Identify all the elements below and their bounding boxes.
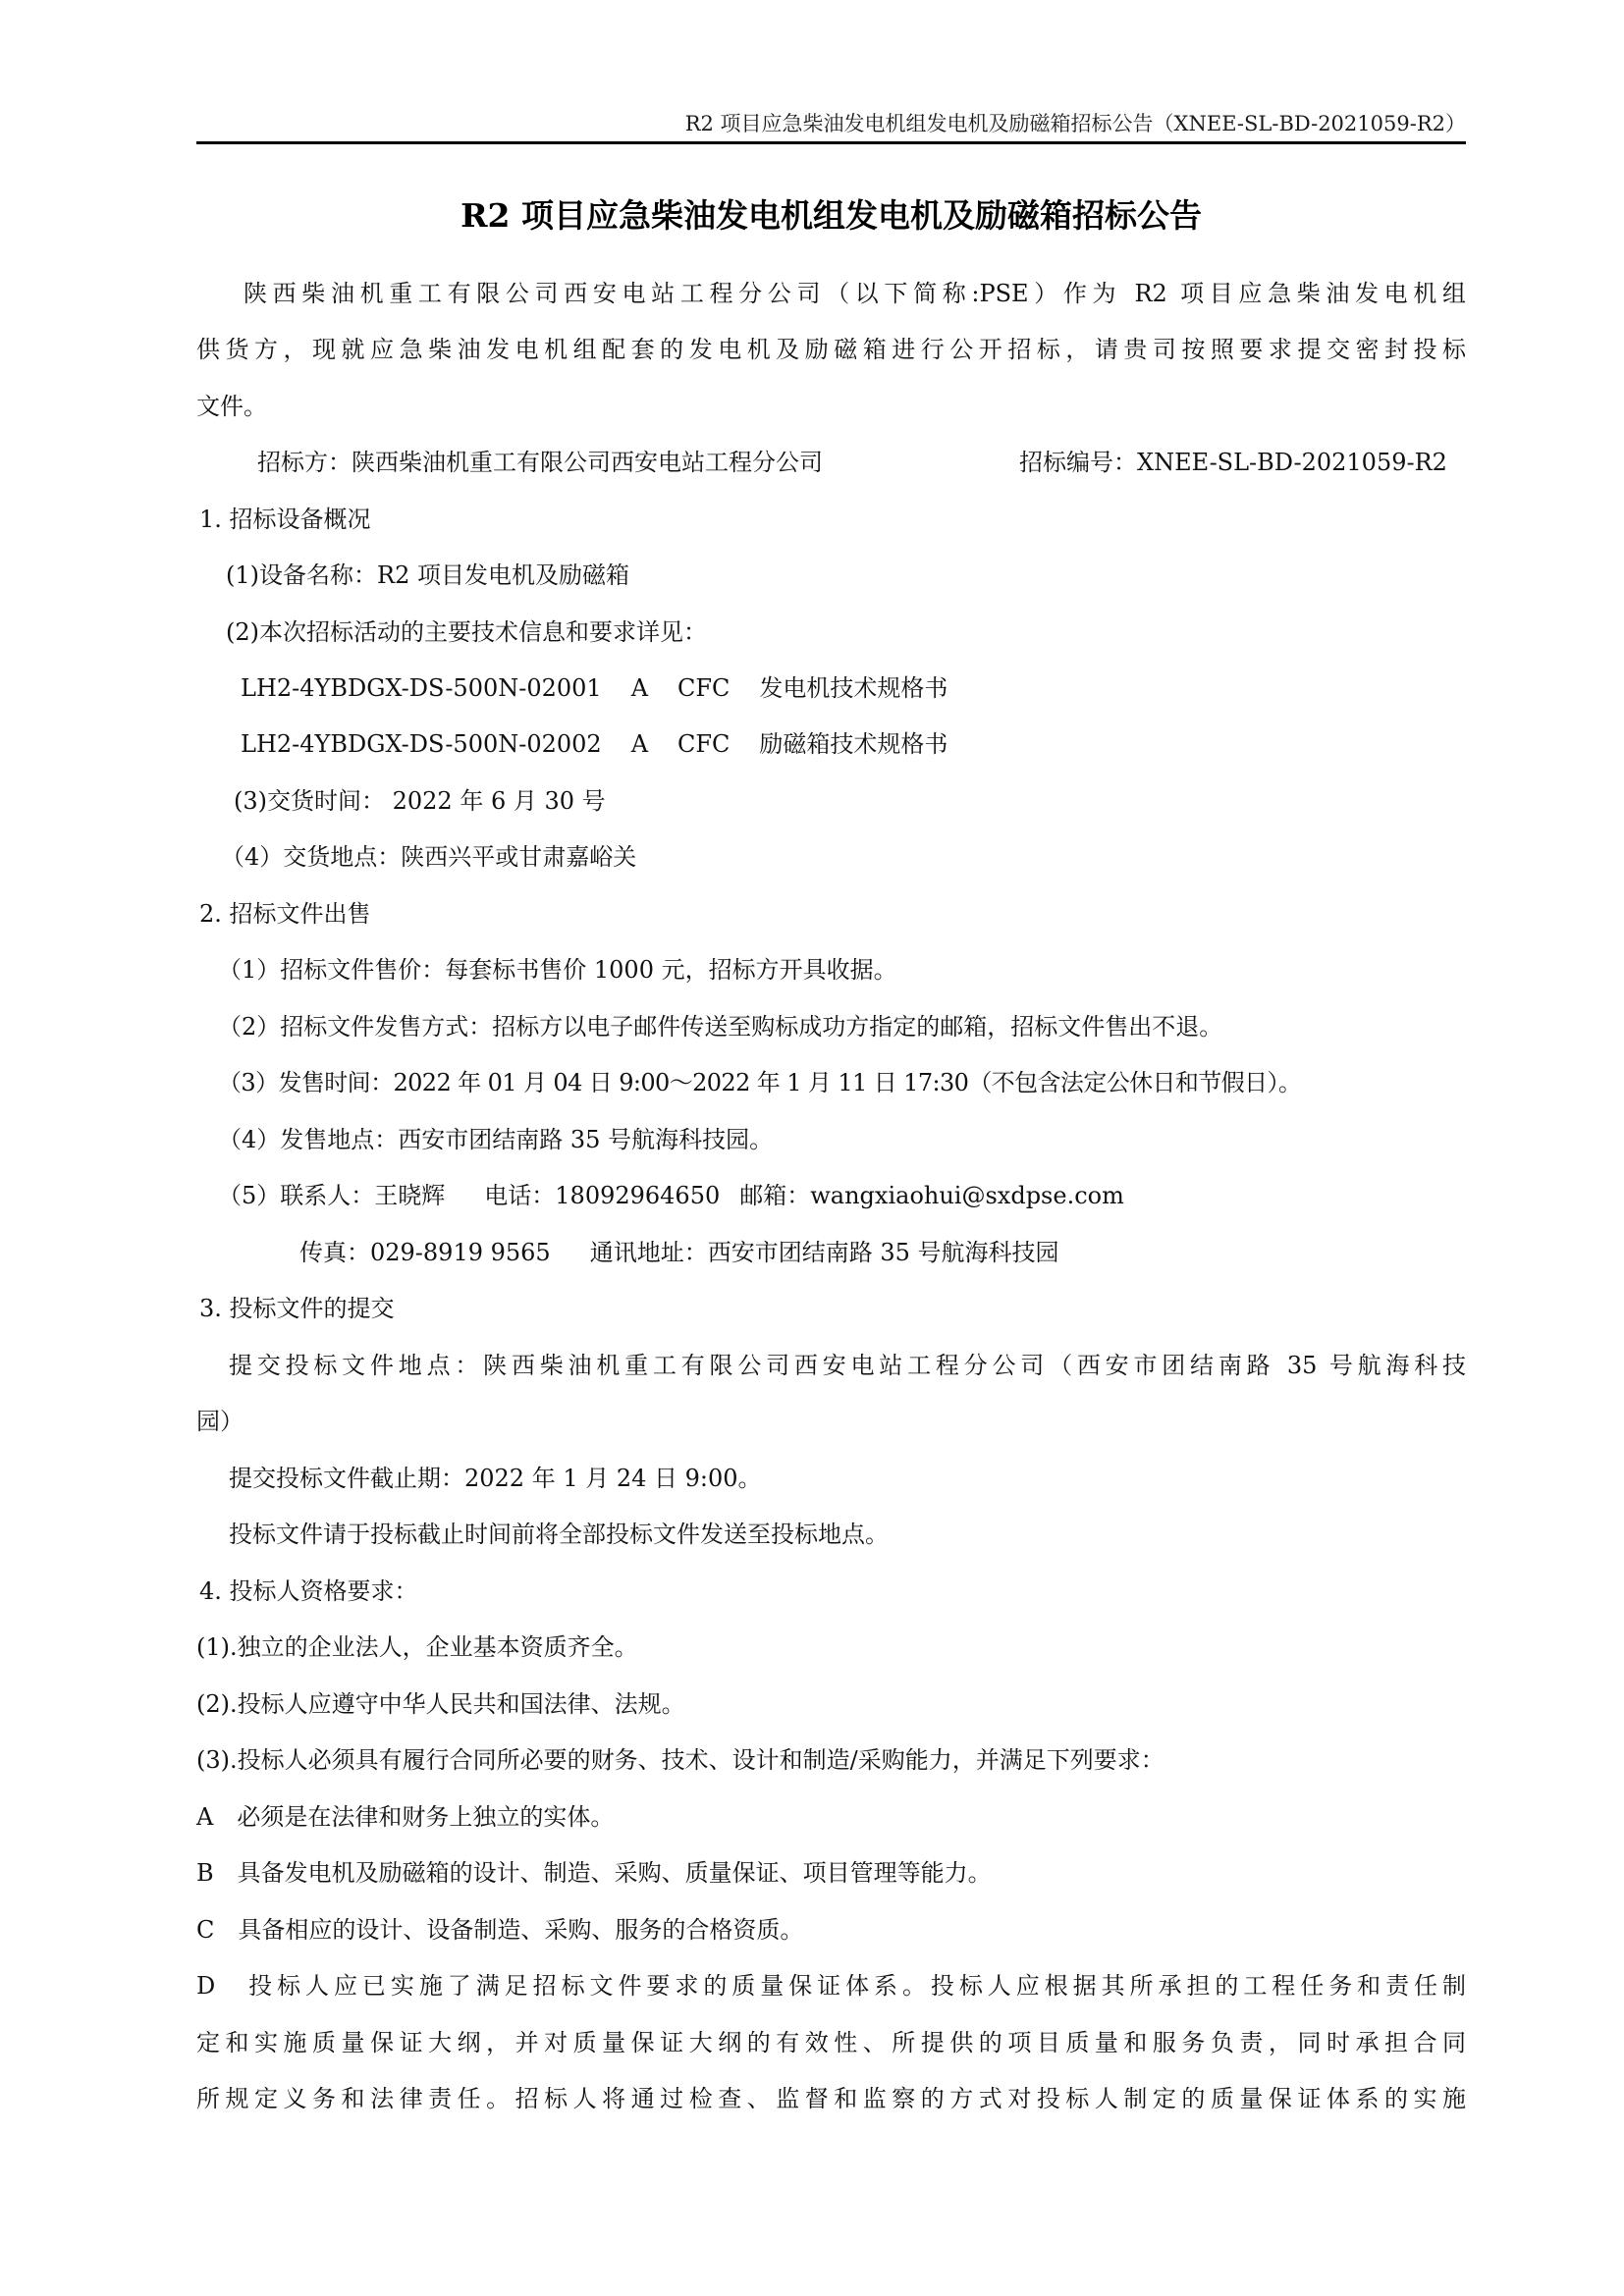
submission-place-line-2: 园） [196,1406,244,1437]
contact-email[interactable]: 邮箱：wangxiaohui@sxdpse.com [739,1182,1124,1209]
spec-revision: A [631,730,648,758]
requirement-d-line-2: 定和实施质量保证大纲，并对质量保证大纲的有效性、所提供的项目质量和服务负责，同时… [196,2027,1466,2058]
tender-number: 招标编号：XNEE-SL-BD-2021059-R2 [1019,447,1447,478]
spec-code: LH2-4YBDGX-DS-500N-02001 [241,674,602,702]
spec-row-1: LH2-4YBDGX-DS-500N-02001ACFC发电机技术规格书 [241,672,947,704]
header-rule [196,141,1466,144]
section-4-heading: 4. 投标人资格要求： [199,1575,418,1607]
requirement-a: A 必须是在法律和财务上独立的实体。 [196,1801,614,1833]
equipment-name: (1)设备名称：R2 项目发电机及励磁箱 [226,560,629,591]
contact-address: 通讯地址：西安市团结南路 35 号航海科技园 [590,1239,1059,1266]
submission-note: 投标文件请于投标截止时间前将全部投标文件发送至投标地点。 [229,1519,889,1550]
document-page: R2 项目应急柴油发电机组发电机及励磁箱招标公告（XNEE-SL-BD-2021… [0,0,1624,2296]
contact-person: （5）联系人：王晓辉 [218,1182,445,1209]
running-header: R2 项目应急柴油发电机组发电机及励磁箱招标公告（XNEE-SL-BD-2021… [196,110,1466,137]
sale-method: （2）招标文件发售方式：招标方以电子邮件传送至购标成功方指定的邮箱，招标文件售出… [218,1011,1222,1042]
qualification-2: (2).投标人应遵守中华人民共和国法律、法规。 [196,1688,685,1720]
tenderer-name: 招标方：陕西柴油机重工有限公司西安电站工程分公司 [257,447,823,478]
spec-row-2: LH2-4YBDGX-DS-500N-02002ACFC励磁箱技术规格书 [241,728,947,760]
sale-time: （3）发售时间：2022 年 01 月 04 日 9:00～2022 年 1 月… [218,1067,1301,1098]
requirement-d-line-3: 所规定义务和法律责任。招标人将通过检查、监督和监察的方式对投标人制定的质量保证体… [196,2083,1466,2114]
spec-revision: A [631,674,648,702]
technical-info-intro: (2)本次招标活动的主要技术信息和要求详见： [226,616,707,648]
sale-price: （1）招标文件售价：每套标书售价 1000 元，招标方开具收据。 [218,954,897,986]
spec-code: LH2-4YBDGX-DS-500N-02002 [241,730,602,758]
intro-line-1: 陕西柴油机重工有限公司西安电站工程分公司（以下简称:PSE）作为 R2 项目应急… [196,278,1466,309]
contact-row: （5）联系人：王晓辉电话：18092964650邮箱：wangxiaohui@s… [218,1180,1124,1211]
requirement-c: C 具备相应的设计、设备制造、采购、服务的合格资质。 [196,1914,803,1946]
sale-place: （4）发售地点：西安市团结南路 35 号航海科技园。 [218,1124,773,1155]
contact-row-2: 传真：029-8919 9565通讯地址：西安市团结南路 35 号航海科技园 [299,1237,1059,1268]
document-title: R2 项目应急柴油发电机组发电机及励磁箱招标公告 [196,194,1466,238]
delivery-place: （4）交货地点：陕西兴平或甘肃嘉峪关 [221,841,636,873]
spec-name: 发电机技术规格书 [759,674,947,702]
spec-name: 励磁箱技术规格书 [759,730,947,758]
qualification-1: (1).独立的企业法人，企业基本资质齐全。 [196,1631,638,1663]
submission-deadline: 提交投标文件截止期：2022 年 1 月 24 日 9:00。 [229,1463,762,1494]
requirement-b: B 具备发电机及励磁箱的设计、制造、采购、质量保证、项目管理等能力。 [196,1857,992,1889]
section-1-heading: 1. 招标设备概况 [199,504,371,535]
qualification-3: (3).投标人必须具有履行合同所必要的财务、技术、设计和制造/采购能力，并满足下… [196,1744,1164,1776]
spec-status: CFC [677,730,730,758]
section-2-heading: 2. 招标文件出售 [199,898,371,930]
section-3-heading: 3. 投标文件的提交 [199,1293,395,1324]
intro-line-3: 文件。 [196,391,267,422]
contact-fax: 传真：029-8919 9565 [299,1239,551,1266]
contact-phone: 电话：18092964650 [484,1182,720,1209]
submission-place-line-1: 提交投标文件地点：陕西柴油机重工有限公司西安电站工程分公司（西安市团结南路 35… [196,1350,1466,1381]
intro-line-2: 供货方，现就应急柴油发电机组配套的发电机及励磁箱进行公开招标，请贵司按照要求提交… [196,334,1466,365]
spec-status: CFC [677,674,730,702]
requirement-d-line-1: D 投标人应已实施了满足招标文件要求的质量保证体系。投标人应根据其所承担的工程任… [196,1970,1466,2002]
delivery-time: (3)交货时间： 2022 年 6 月 30 号 [234,785,606,817]
